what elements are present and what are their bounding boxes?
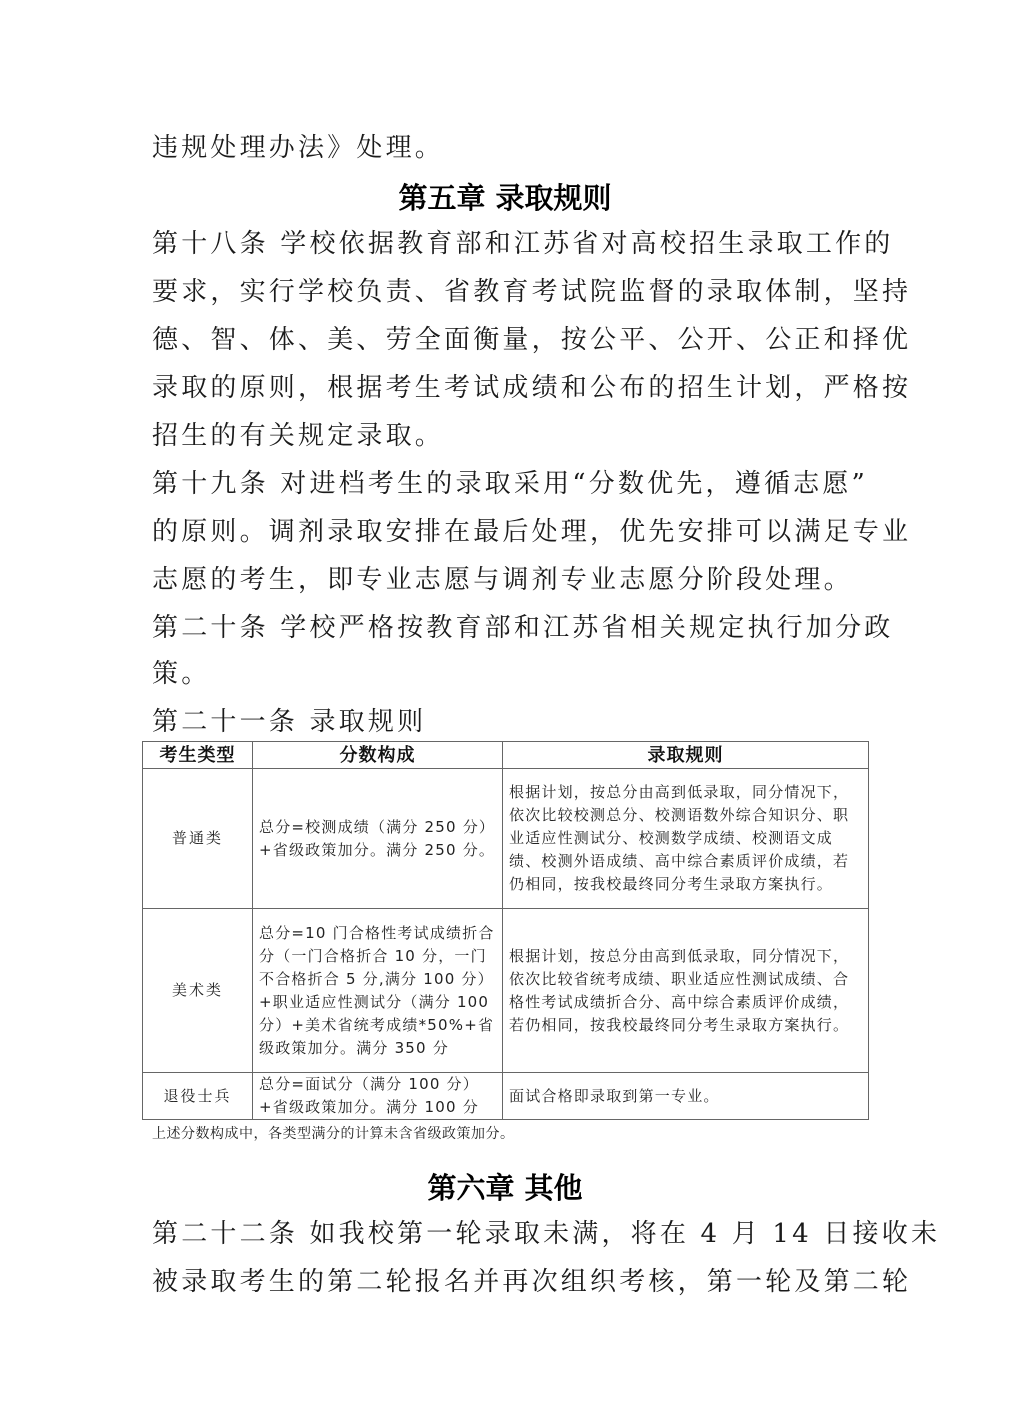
paragraph-line: 第二十二条 如我校第一轮录取未满，将在 4 月 14 日接收未 [152,1210,864,1258]
cell-composition: 总分=校测成绩（满分 250 分）+省级政策加分。满分 250 分。 [253,769,503,909]
paragraph-line: 德、智、体、美、劳全面衡量，按公平、公开、公正和择优 [152,316,864,364]
table-note: 上述分数构成中，各类型满分的计算未含省级政策加分。 [152,1123,515,1143]
article-21-title: 第二十一条 录取规则 [152,698,864,746]
chapter-5-title: 第五章 录取规则 [0,176,1010,217]
paragraph-line: 志愿的考生，即专业志愿与调剂专业志愿分阶段处理。 [152,556,864,604]
paragraph-line: 被录取考生的第二轮报名并再次组织考核，第一轮及第二轮 [152,1258,864,1306]
cell-composition: 总分=面试分（满分 100 分）+省级政策加分。满分 100 分 [253,1073,503,1120]
table-row: 退役士兵 总分=面试分（满分 100 分）+省级政策加分。满分 100 分 面试… [143,1073,869,1120]
paragraph-line: 的原则。调剂录取安排在最后处理，优先安排可以满足专业 [152,508,864,556]
cell-rule: 面试合格即录取到第一专业。 [503,1073,869,1120]
cell-rule: 根据计划，按总分由高到低录取，同分情况下，依次比较省统考成绩、职业适应性测试成绩… [503,909,869,1073]
cell-composition: 总分=10 门合格性考试成绩折合分（一门合格折合 10 分，一门不合格折合 5 … [253,909,503,1073]
paragraph-line: 策。 [152,650,864,698]
table-header-row: 考生类型 分数构成 录取规则 [143,742,869,769]
paragraph-line: 第十八条 学校依据教育部和江苏省对高校招生录取工作的 [152,220,864,268]
cell-rule: 根据计划，按总分由高到低录取，同分情况下，依次比较校测总分、校测语数外综合知识分… [503,769,869,909]
header-admission-rule: 录取规则 [503,742,869,769]
admission-rules-table: 考生类型 分数构成 录取规则 普通类 总分=校测成绩（满分 250 分）+省级政… [142,741,869,1120]
paragraph-line: 第二十条 学校严格按教育部和江苏省相关规定执行加分政 [152,604,864,652]
paragraph-line: 要求，实行学校负责、省教育考试院监督的录取体制，坚持 [152,268,864,316]
paragraph-line: 第十九条 对进档考生的录取采用“分数优先，遵循志愿” [152,460,864,508]
header-candidate-type: 考生类型 [143,742,253,769]
table-row: 普通类 总分=校测成绩（满分 250 分）+省级政策加分。满分 250 分。 根… [143,769,869,909]
cell-type: 普通类 [143,769,253,909]
table-row: 美术类 总分=10 门合格性考试成绩折合分（一门合格折合 10 分，一门不合格折… [143,909,869,1073]
document-page: 违规处理办法》处理。 第五章 录取规则 第十八条 学校依据教育部和江苏省对高校招… [0,0,1010,1420]
paragraph-line: 违规处理办法》处理。 [152,124,864,172]
cell-type: 退役士兵 [143,1073,253,1120]
header-score-composition: 分数构成 [253,742,503,769]
chapter-6-title: 第六章 其他 [0,1166,1010,1207]
paragraph-line: 招生的有关规定录取。 [152,412,864,460]
cell-type: 美术类 [143,909,253,1073]
paragraph-line: 录取的原则，根据考生考试成绩和公布的招生计划，严格按 [152,364,864,412]
